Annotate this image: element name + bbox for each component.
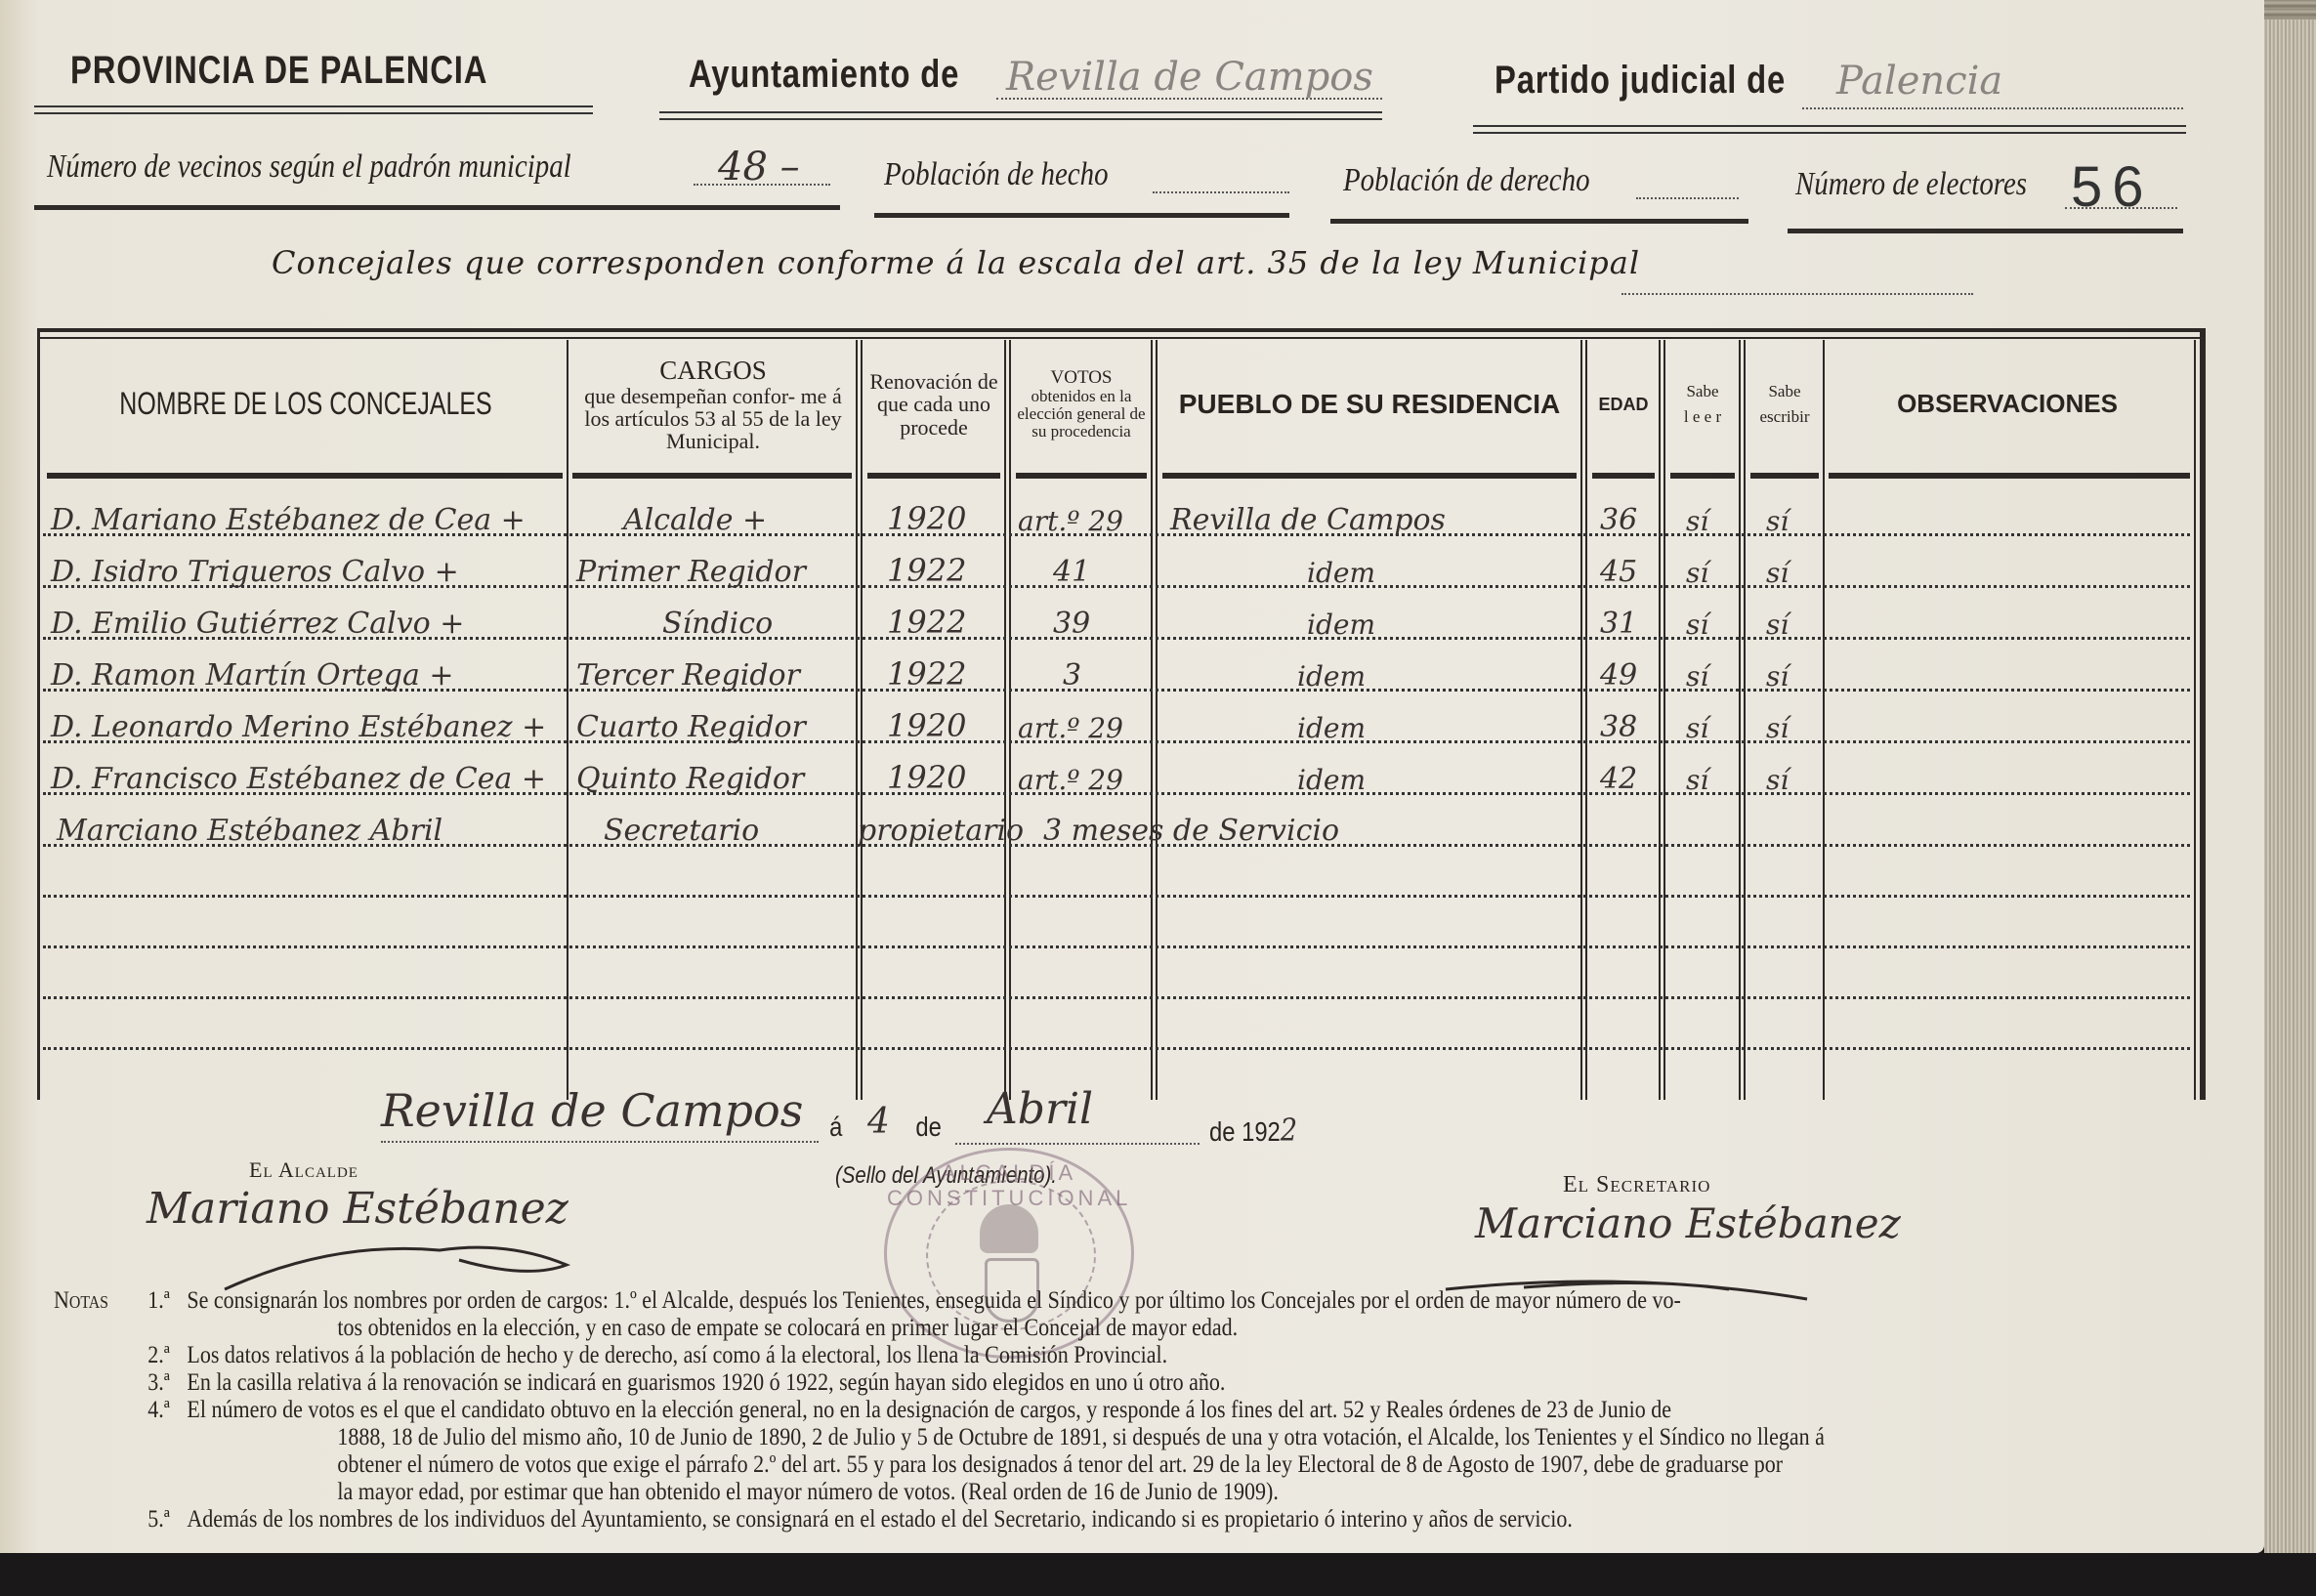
notes-title: Notas xyxy=(54,1287,122,1315)
cell-edad: 45 xyxy=(1600,534,1637,589)
book-bottom-shadow xyxy=(0,1553,2316,1596)
derecho-rule xyxy=(1330,219,1748,224)
partido-value: Palencia xyxy=(1836,59,2002,104)
cell-nombre: D. Leonardo Merino Estébanez + xyxy=(51,690,546,744)
concejales-label: Concejales que corresponden conforme á l… xyxy=(272,244,1640,281)
note-item: 2.ª Los datos relativos á la población d… xyxy=(54,1342,1945,1369)
note-text: El número de votos es el que el candidat… xyxy=(187,1397,1671,1424)
signing-de: de xyxy=(915,1112,941,1143)
header-pueblo: PUEBLO DE SU RESIDENCIA xyxy=(1158,342,1580,467)
col-divider xyxy=(1151,340,1153,1100)
col-divider xyxy=(1004,340,1006,1100)
frame-top xyxy=(37,328,2206,332)
header-rule xyxy=(1162,473,1577,479)
vecinos-label: Número de vecinos según el padrón munici… xyxy=(47,148,571,186)
note-number: 2.ª xyxy=(54,1342,187,1369)
ayuntamiento-rule xyxy=(659,111,1382,113)
note-text: Además de los nombres de los individuos … xyxy=(187,1506,1572,1533)
concejales-table: NOMBRE DE LOS CONCEJALES CARGOS que dese… xyxy=(37,328,2206,1100)
header-leer-2: l e e r xyxy=(1684,408,1721,426)
cell-renovacion: 1920 xyxy=(887,741,966,796)
derecho-label: Población de derecho xyxy=(1343,162,1590,199)
secretario-signature: Marciano Estébanez xyxy=(1475,1199,1901,1247)
hecho-field xyxy=(1153,191,1289,193)
cell-nombre: D. Ramon Martín Ortega + xyxy=(51,638,454,693)
cell-escribir: sí xyxy=(1766,534,1789,589)
header-votos: VOTOS obtenidos en la elección general d… xyxy=(1012,342,1151,467)
frame-right-inner xyxy=(2194,340,2196,1100)
frame-top-inner xyxy=(37,337,2206,339)
cell-pueblo: Revilla de Campos xyxy=(1170,483,1446,537)
vecinos-rule xyxy=(34,205,840,210)
cell-escribir: sí xyxy=(1766,483,1789,537)
cell-cargo: Secretario xyxy=(604,793,759,848)
col-divider xyxy=(1580,340,1582,1100)
row-line xyxy=(43,1047,2190,1050)
header-rule xyxy=(47,473,563,479)
header-rule xyxy=(1829,473,2190,479)
cell-edad: 36 xyxy=(1600,483,1637,537)
col-divider xyxy=(1739,340,1741,1100)
partido-rule xyxy=(1473,125,2186,127)
cell-cargo: Alcalde + xyxy=(623,483,767,537)
electores-label: Número de electores xyxy=(1795,166,2027,203)
cell-nombre: Marciano Estébanez Abril xyxy=(57,793,442,848)
partido-label: Partido judicial de xyxy=(1495,59,1786,103)
book-page-stack xyxy=(2264,20,2316,1582)
partido-field xyxy=(1802,107,2183,109)
ayuntamiento-value: Revilla de Campos xyxy=(1006,55,1373,100)
secretario-label: El Secretario xyxy=(1563,1172,1710,1198)
cell-leer: sí xyxy=(1686,690,1708,744)
note-text-continued: obtener el número de votos que exige el … xyxy=(54,1451,1945,1479)
cell-escribir: sí xyxy=(1766,741,1789,796)
hecho-rule xyxy=(874,213,1289,218)
col-divider xyxy=(856,340,858,1100)
cell-escribir: sí xyxy=(1766,586,1789,641)
header-rule xyxy=(867,473,1000,479)
col-divider xyxy=(1659,340,1661,1100)
cell-edad: 38 xyxy=(1600,690,1637,744)
note-number: 3.ª xyxy=(54,1369,187,1397)
cell-escribir: sí xyxy=(1766,690,1789,744)
provincia-title: PROVINCIA DE PALENCIA xyxy=(70,49,487,93)
cell-leer: sí xyxy=(1686,638,1708,693)
cell-nombre: D. Francisco Estébanez de Cea + xyxy=(51,741,546,796)
document-page: PROVINCIA DE PALENCIA Ayuntamiento de Re… xyxy=(0,0,2264,1553)
year-suffix: 2 xyxy=(1281,1112,1297,1149)
note-text: Se consignarán los nombres por orden de … xyxy=(187,1287,1680,1315)
header-leer: Sabe l e e r xyxy=(1666,342,1739,467)
cell-nombre: D. Mariano Estébanez de Cea + xyxy=(51,483,526,537)
cell-leer: sí xyxy=(1686,741,1708,796)
cell-edad: 42 xyxy=(1600,741,1637,796)
cell-renovacion: 1922 xyxy=(887,586,966,641)
note-item: 3.ª En la casilla relativa á la renovaci… xyxy=(54,1369,1945,1397)
electores-rule xyxy=(1788,229,2183,233)
header-rule xyxy=(1016,473,1147,479)
cell-leer: sí xyxy=(1686,483,1708,537)
cell-pueblo: idem xyxy=(1297,690,1366,744)
header-escribir-1: Sabe xyxy=(1768,383,1800,400)
concejales-field xyxy=(1621,293,1973,295)
cell-votos: 3 xyxy=(1063,638,1081,693)
cell-renovacion: 1922 xyxy=(887,534,966,589)
header-observaciones: OBSERVACIONES xyxy=(1827,342,2188,467)
cell-votos: 39 xyxy=(1053,586,1090,641)
cell-cargo: Cuarto Regidor xyxy=(576,690,806,744)
row-line xyxy=(43,945,2190,948)
cell-pueblo: idem xyxy=(1307,586,1375,641)
cell-votos: art.º 29 xyxy=(1018,741,1123,796)
header-cargos: CARGOS que desempeñan confor- me á los a… xyxy=(570,342,856,467)
note-text-continued: 1888, 18 de Julio del mismo año, 10 de J… xyxy=(54,1424,1945,1451)
derecho-field xyxy=(1636,197,1739,199)
signing-a: á xyxy=(829,1112,842,1143)
hecho-label: Población de hecho xyxy=(884,156,1109,193)
header-votos-sub: obtenidos en la elección general de su p… xyxy=(1012,388,1151,441)
cell-escribir: sí xyxy=(1766,638,1789,693)
header-nombre: NOMBRE DE LOS CONCEJALES xyxy=(103,342,510,467)
cell-leer: sí xyxy=(1686,586,1708,641)
signing-month-field xyxy=(955,1143,1200,1145)
header-rule xyxy=(1750,473,1819,479)
header-rule xyxy=(1670,473,1735,479)
note-item: 5.ª Además de los nombres de los individ… xyxy=(54,1506,1945,1533)
row-line xyxy=(43,895,2190,898)
cell-edad: 49 xyxy=(1600,638,1637,693)
cell-pueblo: idem xyxy=(1297,638,1366,693)
signing-day: 4 xyxy=(867,1102,890,1142)
frame-left xyxy=(37,328,40,1100)
notes-section: Notas 1.ª Se consignarán los nombres por… xyxy=(54,1287,1945,1533)
cell-pueblo: idem xyxy=(1297,741,1366,796)
cell-nombre: D. Isidro Trigueros Calvo + xyxy=(51,534,459,589)
cell-cargo: Síndico xyxy=(662,586,773,641)
header-rule xyxy=(1592,473,1655,479)
header-rule xyxy=(572,473,852,479)
cell-edad: 31 xyxy=(1600,586,1637,641)
cell-pueblo: idem xyxy=(1307,534,1375,589)
col-divider xyxy=(567,340,568,1100)
cell-nombre: D. Emilio Gutiérrez Calvo + xyxy=(51,586,464,641)
note-number: 4.ª xyxy=(54,1397,187,1424)
note-text-continued: tos obtenidos en la elección, y en caso … xyxy=(54,1315,1945,1342)
header-escribir: Sabe escribir xyxy=(1747,342,1823,467)
note-number: 5.ª xyxy=(54,1506,187,1533)
cell-renovacion: 1922 xyxy=(887,638,966,693)
note-text: Los datos relativos á la población de he… xyxy=(187,1342,1167,1369)
cell-cargo: Quinto Regidor xyxy=(576,741,804,796)
cell-votos: art.º 29 xyxy=(1018,483,1123,537)
cell-renovacion: 1920 xyxy=(887,483,966,537)
col-divider xyxy=(1823,340,1825,1100)
cell-cargo: Tercer Regidor xyxy=(576,638,800,693)
provincia-rule xyxy=(34,105,593,107)
header-leer-1: Sabe xyxy=(1686,383,1718,400)
ayuntamiento-label: Ayuntamiento de xyxy=(689,53,959,97)
electores-value: 56 xyxy=(2071,154,2154,220)
header-cargos-title: CARGOS xyxy=(659,357,767,384)
header-escribir-2: escribir xyxy=(1760,408,1810,426)
header-renovacion: Renovación de que cada uno procede xyxy=(863,342,1004,467)
signing-place: Revilla de Campos xyxy=(381,1084,803,1137)
note-text-continued: la mayor edad, por estimar que han obten… xyxy=(54,1479,1945,1506)
signing-month: Abril xyxy=(987,1084,1093,1134)
note-item: 4.ª El número de votos es el que el cand… xyxy=(54,1397,1945,1424)
header-votos-title: VOTOS xyxy=(1051,368,1113,388)
row-line xyxy=(43,996,2190,999)
cell-cargo: Primer Regidor xyxy=(576,534,806,589)
cell-votos: 3 meses de Servicio xyxy=(1043,793,1339,848)
cell-renovacion: 1920 xyxy=(887,690,966,744)
note-item: Notas 1.ª Se consignarán los nombres por… xyxy=(54,1287,1945,1315)
vecinos-value: 48 – xyxy=(718,145,800,189)
cell-renovacion: propietario xyxy=(858,793,1024,848)
alcalde-label: El Alcalde xyxy=(249,1157,358,1183)
header-cargos-sub: que desempeñan confor- me á los artículo… xyxy=(570,385,856,452)
note-number: 1.ª xyxy=(122,1287,187,1315)
header-edad: EDAD xyxy=(1588,342,1659,467)
cell-leer: sí xyxy=(1686,534,1708,589)
signing-year: de 1922 xyxy=(1209,1112,1297,1149)
signing-place-field xyxy=(381,1141,819,1143)
year-prefix: de 192 xyxy=(1209,1116,1281,1147)
note-text: En la casilla relativa á la renovación s… xyxy=(187,1369,1225,1397)
cell-votos: 41 xyxy=(1053,534,1090,589)
frame-right xyxy=(2200,328,2206,1100)
cell-votos: art.º 29 xyxy=(1018,690,1123,744)
